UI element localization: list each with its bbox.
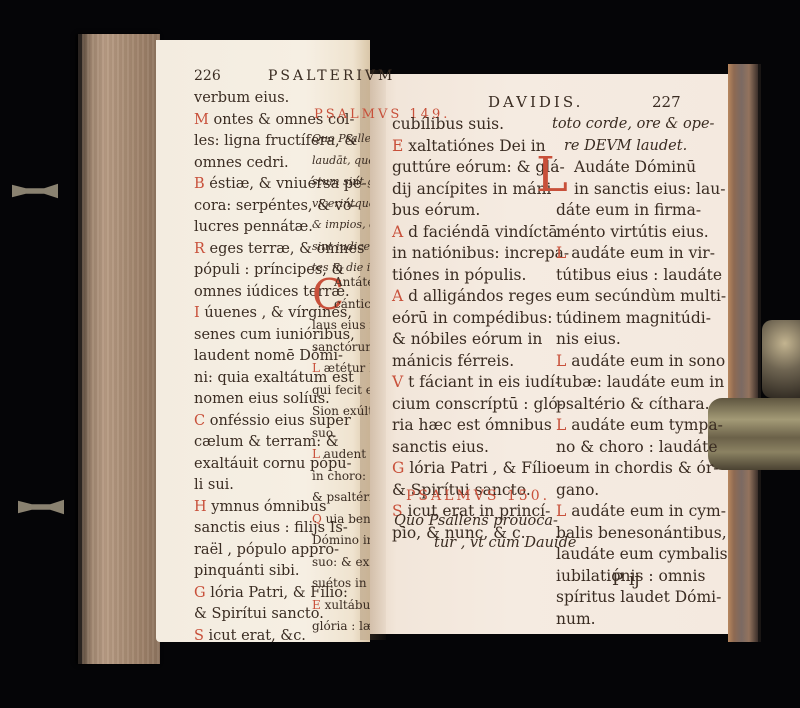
text-line: vicerintque xyxy=(312,193,370,215)
rubric-initial: A xyxy=(392,223,408,241)
signature-mark: P ij xyxy=(612,570,640,592)
text-line: tubæ: laudáte eum in xyxy=(556,372,728,394)
text-line: tiónes in pópulis. xyxy=(392,265,569,287)
left-page-number: 226 xyxy=(194,66,221,88)
text-line: Quo Psallens prouoca- xyxy=(394,510,576,532)
text-line: sint iudices, gen xyxy=(312,236,370,258)
rubric-initial: L xyxy=(556,502,571,520)
rubric-initial: L xyxy=(556,244,571,262)
text-line: laudáte eum cymbalis xyxy=(556,544,728,566)
text-line: L ætétur Israël in xyxy=(312,358,370,380)
text-line: & psaltério psallant xyxy=(312,487,370,509)
text-line: nis eius. xyxy=(556,329,728,351)
text-line: mánicis férreis. xyxy=(392,351,569,373)
text-line: ria hæc est ómnibus xyxy=(392,415,569,437)
text-line: in natiónibus: increpa- xyxy=(392,243,569,265)
rubric-initial: G xyxy=(194,585,210,601)
text-line: A d alligándos reges xyxy=(392,286,569,308)
text-line: L audent nomen xyxy=(312,444,370,466)
text-line: L audáte eum tympa- xyxy=(556,415,728,437)
text-line: eum in chordis & ór- xyxy=(556,458,728,480)
rubric-initial: I xyxy=(194,305,204,321)
text-line: G lória Patri , & Fílio: xyxy=(392,458,569,480)
text-line: glória : lætabúntur xyxy=(312,616,370,638)
left-psalm-intro: Quo Psallens Deumlaudāt, quod perstum si… xyxy=(312,128,370,279)
rubric-initial: Q xyxy=(312,512,326,526)
text-line: laus eius in Ecclé xyxy=(312,315,370,337)
right-psalm-intro: Quo Psallens prouoca-tur , vt cum Dauide xyxy=(394,510,576,553)
text-line: bus eórum. xyxy=(392,200,569,222)
text-line: suo. xyxy=(312,423,370,445)
text-line: stum sint glorifica xyxy=(312,171,370,193)
text-line: cium conscríptū : gló- xyxy=(392,394,569,416)
text-line: suo: & exaltábit man xyxy=(312,552,370,574)
right-running-head: DAVIDIS. xyxy=(488,92,583,114)
text-line: psaltério & cíthara. xyxy=(556,394,728,416)
text-line: L audáte eum in cym- xyxy=(556,501,728,523)
text-line: eórū in compédibus: xyxy=(392,308,569,330)
text-line: sanctis eius. xyxy=(392,437,569,459)
right-psalm-heading: PSALMVS 150. xyxy=(406,486,550,508)
text-line: num. xyxy=(556,609,728,631)
text-line: dáte eum in firma- xyxy=(556,200,728,222)
rubric-initial: G xyxy=(392,459,409,477)
text-line: túdinem magnitúdi- xyxy=(556,308,728,330)
text-line: Antáte Dómino xyxy=(312,272,370,294)
text-line: V t fáciant in eis iudí- xyxy=(392,372,569,394)
text-line: Q uia beneplácitum xyxy=(312,509,370,531)
clasp-catch-top xyxy=(12,182,58,200)
right-page-number: 227 xyxy=(652,92,681,114)
left-running-head: PSALTERIVM xyxy=(268,66,395,88)
rubric-initial: E xyxy=(392,137,408,155)
text-line: suétos in salútem xyxy=(312,573,370,595)
rubric-initial: H xyxy=(194,499,211,515)
clasp-catch-bottom xyxy=(18,498,64,516)
book-photo: 226 PSALTERIVM verbum eius.M ontes & omn… xyxy=(0,0,800,708)
text-line: tur , vt cum Dauide xyxy=(394,532,576,554)
rubric-initial: B xyxy=(194,176,209,192)
text-line: ménto virtútis eius. xyxy=(556,222,728,244)
text-line: A d faciéndā vindíctā xyxy=(392,222,569,244)
rubric-initial: L xyxy=(312,447,324,461)
rubric-initial: E xyxy=(312,598,325,612)
right-fore-edge xyxy=(728,64,761,642)
text-line: Quo Psallens Deum xyxy=(312,128,370,150)
text-line: in sanctis eius: lau- xyxy=(556,179,728,201)
rubric-initial: C xyxy=(194,413,210,429)
rubric-initial: S xyxy=(194,628,209,644)
text-line: spíritus laudet Dómi- xyxy=(556,587,728,609)
rubric-initial: V xyxy=(392,373,408,391)
rubric-initial: L xyxy=(312,361,324,375)
rubric-initial: L xyxy=(556,416,571,434)
text-line: cánticum nouum xyxy=(312,294,370,316)
text-line: E xultábunt sancti xyxy=(312,595,370,617)
text-line: balis benesonántibus, xyxy=(556,523,728,545)
right-column-2-intro: toto corde, ore & ope-re DEVM laudet. xyxy=(552,114,714,157)
text-line: Audáte Dóminū xyxy=(556,157,728,179)
text-line: iubilatiónis : omnis xyxy=(556,566,728,588)
left-page-column-2: Antáte Dóminocánticum nouumlaus eius in … xyxy=(312,272,370,638)
rubric-initial: L xyxy=(556,352,571,370)
text-line: & nóbiles eórum in xyxy=(392,329,569,351)
text-line: tútibus eius : laudáte xyxy=(556,265,728,287)
right-clasp-knob xyxy=(762,320,800,398)
rubric-initial: M xyxy=(194,112,213,128)
text-line: & impios, eorum xyxy=(312,214,370,236)
right-page-column-2: Audáte Dóminūin sanctis eius: lau-dáte e… xyxy=(556,157,728,630)
text-line: Sion exúltent in re xyxy=(312,401,370,423)
text-line: eum secúndùm multi- xyxy=(556,286,728,308)
text-line: Dómino in pópulo xyxy=(312,530,370,552)
text-line: cubílibus suis. xyxy=(392,114,569,136)
text-line: in choro: in tympa xyxy=(312,466,370,488)
text-line: toto corde, ore & ope- xyxy=(552,114,714,136)
text-line: laudāt, quod per xyxy=(312,150,370,172)
text-line: qui fecit eum: & xyxy=(312,380,370,402)
text-line: no & choro : laudáte xyxy=(556,437,728,459)
text-line: sanctórum. xyxy=(312,337,370,359)
rubric-initial: A xyxy=(392,287,408,305)
rubric-initial: R xyxy=(194,241,210,257)
text-line: re DEVM laudet. xyxy=(552,136,714,158)
left-fore-edge xyxy=(78,34,160,664)
text-line: L audáte eum in sono xyxy=(556,351,728,373)
text-line: L audáte eum in vir- xyxy=(556,243,728,265)
text-line: gano. xyxy=(556,480,728,502)
